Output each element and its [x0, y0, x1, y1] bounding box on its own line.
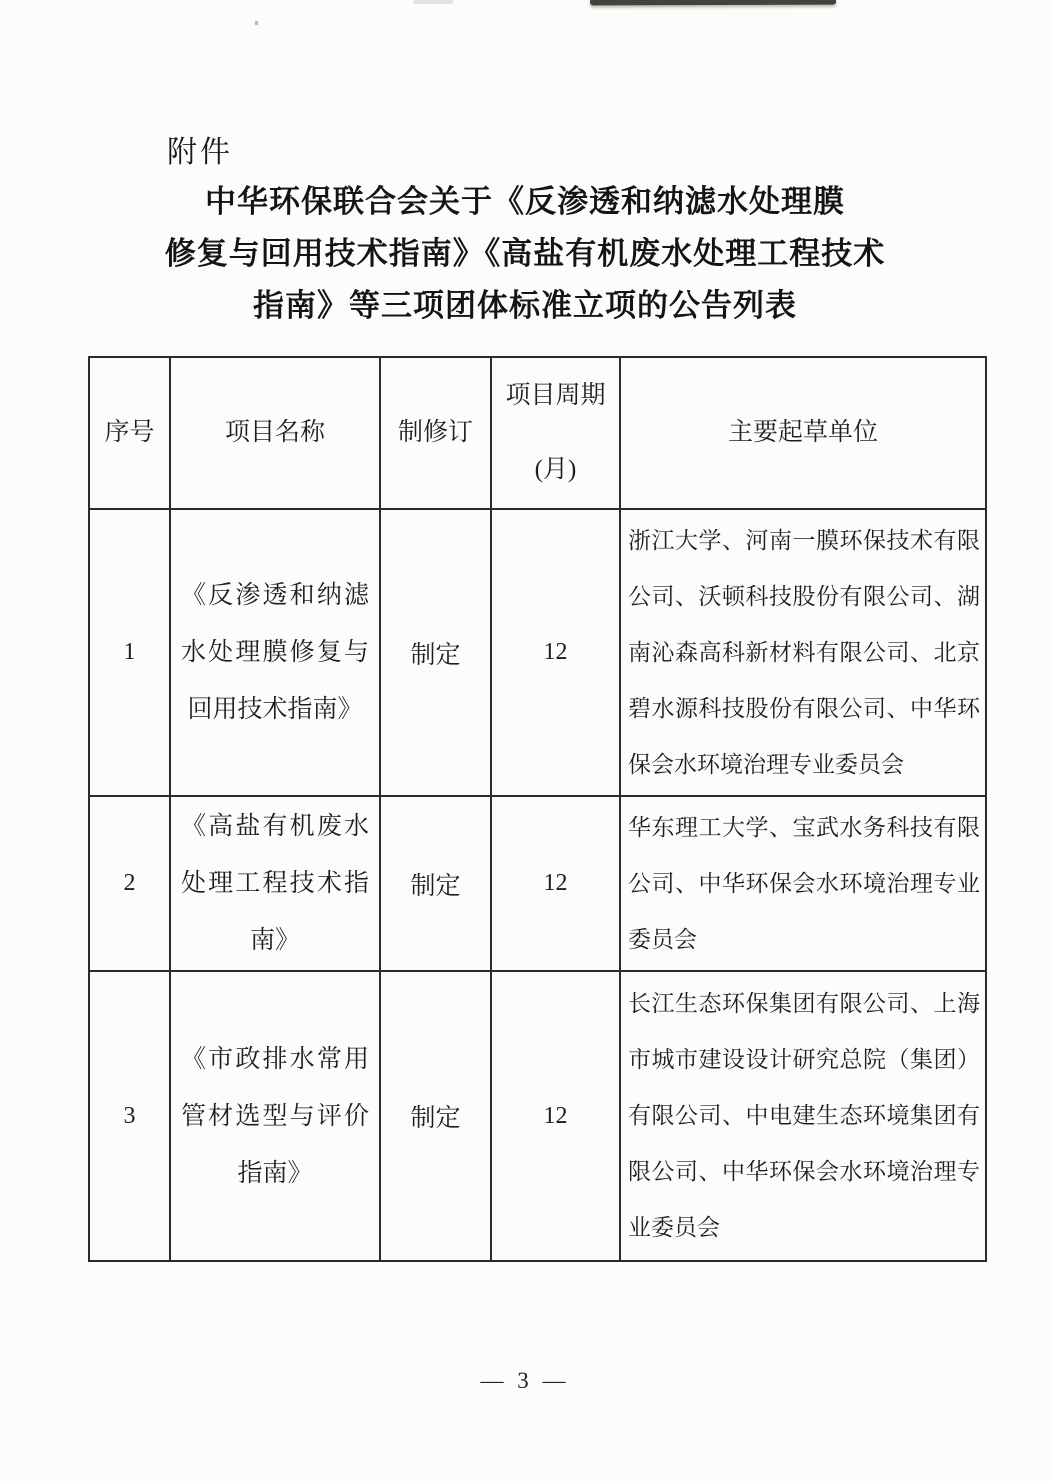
header-project-name: 项目名称	[170, 357, 380, 509]
document-title-line-2: 修复与回用技术指南》《高盐有机废水处理工程技术	[0, 228, 1050, 280]
row2-serial-number: 2	[89, 796, 170, 971]
header-project-period-unit: (月)	[493, 433, 618, 507]
header-project-period: 项目周期 (月)	[491, 357, 620, 509]
row1-revision-type: 制定	[380, 509, 491, 796]
attachment-label: 附件	[167, 127, 233, 171]
row1-period-months: 12	[491, 509, 620, 796]
row3-project-name: 《市政排水常用管材选型与评价指南》	[170, 971, 380, 1261]
row3-revision-type: 制定	[380, 971, 491, 1261]
document-title-line-3: 指南》等三项团体标准立项的公告列表	[0, 280, 1050, 332]
row2-project-name: 《高盐有机废水处理工程技术指南》	[170, 796, 380, 971]
table-row: 3 《市政排水常用管材选型与评价指南》 制定 12 长江生态环保集团有限公司、上…	[89, 971, 986, 1261]
row2-drafting-units: 华东理工大学、宝武水务科技有限公司、中华环保会水环境治理专业委员会	[620, 796, 986, 971]
page-number: — 3 —	[0, 1368, 1050, 1394]
row1-drafting-units: 浙江大学、河南一膜环保技术有限公司、沃顿科技股份有限公司、湖南沁森高科新材料有限…	[620, 509, 986, 796]
row1-project-name: 《反渗透和纳滤水处理膜修复与回用技术指南》	[170, 509, 380, 796]
row2-period-months: 12	[491, 796, 620, 971]
document-title: 中华环保联合会关于《反渗透和纳滤水处理膜 修复与回用技术指南》《高盐有机废水处理…	[0, 176, 1050, 332]
scan-artifact-light-bar	[413, 0, 453, 4]
table-row: 2 《高盐有机废水处理工程技术指南》 制定 12 华东理工大学、宝武水务科技有限…	[89, 796, 986, 971]
row3-serial-number: 3	[89, 971, 170, 1261]
document-title-line-1: 中华环保联合会关于《反渗透和纳滤水处理膜	[0, 176, 1050, 228]
row3-drafting-units: 长江生态环保集团有限公司、上海市城市建设设计研究总院（集团）有限公司、中电建生态…	[620, 971, 986, 1261]
table-row: 1 《反渗透和纳滤水处理膜修复与回用技术指南》 制定 12 浙江大学、河南一膜环…	[89, 509, 986, 796]
scanned-document-page: 附件 中华环保联合会关于《反渗透和纳滤水处理膜 修复与回用技术指南》《高盐有机废…	[0, 0, 1050, 1481]
header-revision-type: 制修订	[380, 357, 491, 509]
row2-revision-type: 制定	[380, 796, 491, 971]
scan-artifact-dot	[255, 21, 258, 25]
table-header-row: 序号 项目名称 制修订 项目周期 (月) 主要起草单位	[89, 357, 986, 509]
header-serial-number: 序号	[89, 357, 170, 509]
scan-artifact-dark-bar	[590, 0, 836, 5]
header-drafting-units: 主要起草单位	[620, 357, 986, 509]
row3-period-months: 12	[491, 971, 620, 1261]
header-project-period-label: 项目周期	[493, 359, 618, 433]
row1-serial-number: 1	[89, 509, 170, 796]
standards-table: 序号 项目名称 制修订 项目周期 (月) 主要起草单位 1 《反渗透和纳滤水处理…	[88, 356, 987, 1262]
